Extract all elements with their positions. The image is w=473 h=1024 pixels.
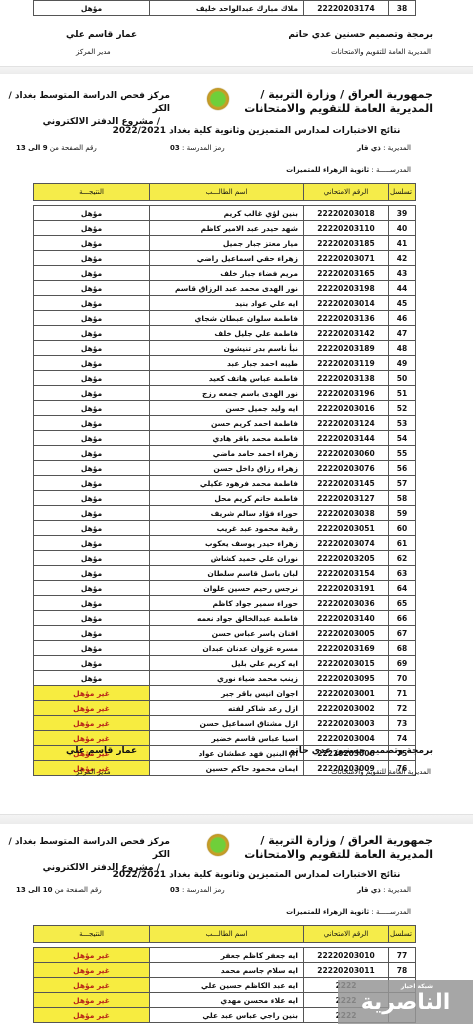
table-row: 4122220203185ميار معتز جبار جميلمؤهل (34, 236, 416, 251)
result-cell: غير مؤهل (34, 731, 150, 746)
table-row: 6322220203154لبان باسل قاسم سلطانمؤهل (34, 566, 416, 581)
serial-cell: 49 (389, 356, 416, 371)
exam-number-cell: 22220203095 (304, 671, 389, 686)
table-row: 5422220203144فاطمة محمد باقر هاديمؤهل (34, 431, 416, 446)
school-info: المدرســـــة : ثانوية الزهراء للمتميزات (286, 908, 411, 916)
student-name-cell: نور الهدى باسم جمعه رزج (150, 386, 304, 401)
exam-number-cell: 22220203189 (304, 341, 389, 356)
exam-number-cell: 22220203014 (304, 296, 389, 311)
exam-number-cell: 22220203003 (304, 716, 389, 731)
serial-cell: 78 (389, 963, 416, 978)
student-name-cell: ايه عبد الكاظم حسين علي (150, 978, 304, 993)
serial-cell: 62 (389, 551, 416, 566)
serial-cell: 66 (389, 611, 416, 626)
serial-cell: 44 (389, 281, 416, 296)
result-cell: مؤهل (34, 626, 150, 641)
signer-right-title: المديرية العامة للتقويم والامتحانات (331, 48, 431, 56)
student-name-cell: زهراء رزاق داخل حسن (150, 461, 304, 476)
student-name-cell: حوراء فؤاد سالم شريف (150, 506, 304, 521)
serial-cell: 60 (389, 521, 416, 536)
exam-number-cell: 22220203051 (304, 521, 389, 536)
exam-number-cell: 22220203015 (304, 656, 389, 671)
table-header-row: تسلسل الرقم الامتحاني اسم الطالـــب النت… (34, 184, 416, 201)
table-row: 5922220203038حوراء فؤاد سالم شريفمؤهل (34, 506, 416, 521)
school-label: المدرســـــة : (371, 908, 411, 916)
result-cell: مؤهل (34, 326, 150, 341)
serial-cell: 48 (389, 341, 416, 356)
serial-cell: 71 (389, 686, 416, 701)
header-ministry-line1: جمهورية العراق / وزارة التربية / (244, 88, 433, 102)
serial-cell: 50 (389, 371, 416, 386)
exam-number-cell: 22220203074 (304, 536, 389, 551)
column-header-student-name: اسم الطالـــب (150, 926, 304, 943)
exam-number-cell: 22220203154 (304, 566, 389, 581)
table-row: 4022220203110شهد حيدر عبد الامير كاظممؤه… (34, 221, 416, 236)
exam-number-cell: 22220203142 (304, 326, 389, 341)
exam-number-cell: 22220203060 (304, 446, 389, 461)
exam-number-cell: 22220203174 (304, 1, 389, 16)
result-cell: مؤهل (34, 401, 150, 416)
serial-cell: 42 (389, 251, 416, 266)
exam-number-cell: 22220203005 (304, 626, 389, 641)
result-cell: مؤهل (34, 581, 150, 596)
exam-number-cell: 22220203198 (304, 281, 389, 296)
table-row: 4722220203142فاطمة علي جليل خلفمؤهل (34, 326, 416, 341)
school-value: ثانوية الزهراء للمتميزات (286, 908, 369, 916)
table-row: 4522220203014ايه علي عواد بنيدمؤهل (34, 296, 416, 311)
exam-number-cell: 22220203110 (304, 221, 389, 236)
iraq-emblem-icon (207, 88, 229, 110)
result-cell: غير مؤهل (34, 701, 150, 716)
table-row: 6622220203140فاطمة عبدالخالق جواد نعمهمؤ… (34, 611, 416, 626)
result-cell: مؤهل (34, 476, 150, 491)
result-cell: مؤهل (34, 281, 150, 296)
student-name-cell: فاطمة علي جليل خلف (150, 326, 304, 341)
student-name-cell: نبأ ناسم بدر تنيشون (150, 341, 304, 356)
table-row: 7022220203095زينب محمد ضياء نوريمؤهل (34, 671, 416, 686)
serial-cell: 47 (389, 326, 416, 341)
directorate-info: المديرية : ذي قار (357, 144, 411, 152)
table-row: 3922220203018بنين لؤي غالب كريممؤهل (34, 206, 416, 221)
table-row: 4922220203119طيبه احمد جبار عبدمؤهل (34, 356, 416, 371)
student-name-cell: زهراء حيدر يوسف يعكوب (150, 536, 304, 551)
student-name-cell: ايه سلام جاسم محمد (150, 963, 304, 978)
table-row: 4822220203189نبأ ناسم بدر تنيشونمؤهل (34, 341, 416, 356)
table-row: 6822220203169مسره غزوان عدنان عبدانمؤهل (34, 641, 416, 656)
exam-number-cell: 22220203169 (304, 641, 389, 656)
table-row: 5522220203060زهراء احمد حامد ماضيمؤهل (34, 446, 416, 461)
table-row: 5322220203124فاطمة احمد كريم حسنمؤهل (34, 416, 416, 431)
serial-cell: 70 (389, 671, 416, 686)
column-header-result: النتيجـــة (34, 184, 150, 201)
page-1: جمهورية العراق / وزارة التربية / المديري… (0, 74, 473, 800)
table-row: 7822220203011ايه سلام جاسم محمدغير مؤهل (34, 963, 416, 978)
exam-number-cell: 22220203001 (304, 686, 389, 701)
serial-cell: 65 (389, 596, 416, 611)
result-cell: مؤهل (34, 206, 150, 221)
student-name-cell: زهراء احمد حامد ماضي (150, 446, 304, 461)
table-header-row: تسلسل الرقم الامتحاني اسم الطالـــب النت… (34, 926, 416, 943)
student-name-cell: فاطمة حاتم كريم محل (150, 491, 304, 506)
result-cell: مؤهل (34, 341, 150, 356)
result-cell: مؤهل (34, 461, 150, 476)
results-table-page-0: 3822220203174ملاك مبارك عبدالواحد خليفمؤ… (33, 0, 416, 16)
student-name-cell: فاطمة محمد باقر هادي (150, 431, 304, 446)
result-cell: مؤهل (34, 491, 150, 506)
column-header-serial: تسلسل (389, 184, 416, 201)
header-ministry-line1: جمهورية العراق / وزارة التربية / (244, 834, 433, 848)
result-cell: مؤهل (34, 551, 150, 566)
serial-cell: 40 (389, 221, 416, 236)
table-row: 6422220203191نرجس رحيم حسين علوانمؤهل (34, 581, 416, 596)
serial-cell: 63 (389, 566, 416, 581)
result-cell: مؤهل (34, 521, 150, 536)
directorate-info: المديرية : ذي قار (357, 886, 411, 894)
serial-cell: 54 (389, 431, 416, 446)
student-name-cell: بنين لؤي غالب كريم (150, 206, 304, 221)
student-name-cell: ايه جعفر كاظم جعفر (150, 948, 304, 963)
result-cell: مؤهل (34, 1, 150, 16)
iraq-emblem-icon (207, 834, 229, 856)
directorate-value: ذي قار (357, 144, 381, 152)
serial-cell: 41 (389, 236, 416, 251)
exam-number-cell: 22220203196 (304, 386, 389, 401)
serial-cell: 69 (389, 656, 416, 671)
student-name-cell: ازل مشتاق اسماعيل حسن (150, 716, 304, 731)
result-cell: مؤهل (34, 251, 150, 266)
exam-number-cell: 22220203165 (304, 266, 389, 281)
result-cell: مؤهل (34, 311, 150, 326)
school-code-label: رمز المدرسة : (182, 144, 225, 152)
serial-cell: 51 (389, 386, 416, 401)
serial-cell: 72 (389, 701, 416, 716)
serial-cell: 61 (389, 536, 416, 551)
serial-cell: 68 (389, 641, 416, 656)
student-name-cell: زهراء حقي اسماعيل راضي (150, 251, 304, 266)
student-name-cell: ام البنين فهد عطشان عواد (150, 746, 304, 761)
student-name-cell: فاطمة عباس هاتف كعيد (150, 371, 304, 386)
student-name-cell: فاطمة سلوان عبطان شجاي (150, 311, 304, 326)
school-label: المدرســـــة : (371, 166, 411, 174)
table-row: 6522220203036حوراء سمير جواد كاظممؤهل (34, 596, 416, 611)
table-row: 3822220203174ملاك مبارك عبدالواحد خليفمؤ… (34, 1, 416, 16)
page-separator (0, 66, 473, 74)
page-number-info: رقم الصفحة من 9 الى 13 (16, 144, 97, 152)
result-cell: غير مؤهل (34, 963, 150, 978)
column-header-exam-number: الرقم الامتحاني (304, 926, 389, 943)
table-row: 7722220203010ايه جعفر كاظم جعفرغير مؤهل (34, 948, 416, 963)
result-cell: مؤهل (34, 446, 150, 461)
student-name-cell: فاطمة محمد فرهود عكيلي (150, 476, 304, 491)
result-cell: مؤهل (34, 596, 150, 611)
student-name-cell: رقية محمود عبد غريب (150, 521, 304, 536)
ministry-header: جمهورية العراق / وزارة التربية / المديري… (244, 88, 433, 116)
page-separator (0, 814, 473, 824)
student-name-cell: نور الهدى محمد عبد الرزاق قاسم (150, 281, 304, 296)
result-cell: غير مؤهل (34, 993, 150, 1008)
result-cell: غير مؤهل (34, 1008, 150, 1023)
exam-number-cell: 22220203138 (304, 371, 389, 386)
exam-number-cell: 22220203144 (304, 431, 389, 446)
page-number-label: رقم الصفحة من (55, 886, 102, 894)
table-row: 7322220203003ازل مشتاق اسماعيل حسنغير مؤ… (34, 716, 416, 731)
column-header-exam-number: الرقم الامتحاني (304, 184, 389, 201)
result-cell: مؤهل (34, 431, 150, 446)
table-row: 4322220203165مريم فضاء جبار خلفمؤهل (34, 266, 416, 281)
student-name-cell: نرجس رحيم حسين علوان (150, 581, 304, 596)
table-row: 7222220203002ازل رعد شاكر لفتهغير مؤهل (34, 701, 416, 716)
report-title: نتائج الاختبارات لمدارس المتميزين وثانوي… (0, 126, 473, 136)
result-cell: مؤهل (34, 641, 150, 656)
exam-number-cell: 22220203018 (304, 206, 389, 221)
serial-cell: 59 (389, 506, 416, 521)
signer-right-name: برمجة وتصميم حسنين عدي حاتم (288, 30, 433, 40)
page-number-value: 9 الى 13 (16, 144, 48, 152)
exam-number-cell: 22220203071 (304, 251, 389, 266)
serial-cell: 43 (389, 266, 416, 281)
exam-number-cell: 22220203124 (304, 416, 389, 431)
signer-left-title: مدير المركز (76, 48, 111, 56)
ministry-header: جمهورية العراق / وزارة التربية / المديري… (244, 834, 433, 862)
serial-cell: 38 (389, 1, 416, 16)
header-ministry-line2: المديرية العامة للتقويم والامتحانات (244, 848, 433, 862)
student-name-cell: حوراء سمير جواد كاظم (150, 596, 304, 611)
school-code-info: رمز المدرسة : 03 (170, 886, 225, 894)
exam-number-cell: 22220203004 (304, 731, 389, 746)
table-row: 5022220203138فاطمة عباس هاتف كعيدمؤهل (34, 371, 416, 386)
student-name-cell: ايمان محمود حاكم حسين (150, 761, 304, 776)
serial-cell: 74 (389, 731, 416, 746)
school-code-value: 03 (170, 886, 180, 894)
student-name-cell: ملاك مبارك عبدالواحد خليف (150, 1, 304, 16)
report-title: نتائج الاختبارات لمدارس المتميزين وثانوي… (0, 870, 473, 880)
exam-number-cell: 22220203127 (304, 491, 389, 506)
result-cell: مؤهل (34, 296, 150, 311)
result-cell: غير مؤهل (34, 686, 150, 701)
student-name-cell: فاطمة احمد كريم حسن (150, 416, 304, 431)
serial-cell: 57 (389, 476, 416, 491)
column-header-serial: تسلسل (389, 926, 416, 943)
table-row: 6922220203015ايه كريم علي بليلمؤهل (34, 656, 416, 671)
student-name-cell: مريم فضاء جبار خلف (150, 266, 304, 281)
student-name-cell: نوران علي حميد كشاش (150, 551, 304, 566)
column-header-student-name: اسم الطالـــب (150, 184, 304, 201)
header-center-line1: مركز فحص الدراسة المتوسط بغداد / الكر (0, 836, 170, 862)
student-name-cell: فاطمة عبدالخالق جواد نعمه (150, 611, 304, 626)
center-header: مركز فحص الدراسة المتوسط بغداد / الكر / … (0, 90, 170, 129)
school-code-value: 03 (170, 144, 180, 152)
table-row: 5622220203076زهراء رزاق داخل حسنمؤهل (34, 461, 416, 476)
result-cell: مؤهل (34, 506, 150, 521)
result-cell: مؤهل (34, 266, 150, 281)
exam-number-cell: 22220203140 (304, 611, 389, 626)
result-cell: مؤهل (34, 611, 150, 626)
exam-number-cell: 22220203119 (304, 356, 389, 371)
directorate-label: المديرية : (383, 886, 411, 894)
student-name-cell: لبان باسل قاسم سلطان (150, 566, 304, 581)
directorate-label: المديرية : (383, 144, 411, 152)
serial-cell: 45 (389, 296, 416, 311)
student-name-cell: ايه علي عواد بنيد (150, 296, 304, 311)
watermark-subtext: شبكة اخبار (401, 983, 433, 990)
student-name-cell: ايه علاء محسن مهدي (150, 993, 304, 1008)
header-ministry-line2: المديرية العامة للتقويم والامتحانات (244, 102, 433, 116)
result-cell: مؤهل (34, 221, 150, 236)
serial-cell: 58 (389, 491, 416, 506)
school-value: ثانوية الزهراء للمتميزات (286, 166, 369, 174)
student-name-cell: ميار معتز جبار جميل (150, 236, 304, 251)
exam-number-cell: 22220203076 (304, 461, 389, 476)
results-table-page-1: تسلسل الرقم الامتحاني اسم الطالـــب النت… (33, 183, 416, 776)
table-row: 4422220203198نور الهدى محمد عبد الرزاق ق… (34, 281, 416, 296)
student-name-cell: ايه وليد جميل حسن (150, 401, 304, 416)
serial-cell: 55 (389, 446, 416, 461)
signer-left-title: مدير المركز (76, 768, 111, 776)
result-cell: مؤهل (34, 386, 150, 401)
exam-number-cell: 22220203136 (304, 311, 389, 326)
exam-number-cell: 22220203191 (304, 581, 389, 596)
result-cell: مؤهل (34, 656, 150, 671)
directorate-value: ذي قار (357, 886, 381, 894)
serial-cell: 46 (389, 311, 416, 326)
result-cell: غير مؤهل (34, 948, 150, 963)
table-row: 6022220203051رقية محمود عبد غريبمؤهل (34, 521, 416, 536)
student-name-cell: ازل رعد شاكر لفته (150, 701, 304, 716)
table-row: 5822220203127فاطمة حاتم كريم محلمؤهل (34, 491, 416, 506)
exam-number-cell: 22220203011 (304, 963, 389, 978)
table-row: 4222220203071زهراء حقي اسماعيل راضيمؤهل (34, 251, 416, 266)
table-row: 6222220203205نوران علي حميد كشاشمؤهل (34, 551, 416, 566)
result-cell: مؤهل (34, 416, 150, 431)
serial-cell: 39 (389, 206, 416, 221)
student-name-cell: طيبه احمد جبار عبد (150, 356, 304, 371)
result-cell: غير مؤهل (34, 716, 150, 731)
result-cell: مؤهل (34, 536, 150, 551)
column-header-result: النتيجـــة (34, 926, 150, 943)
signer-left-name: عمار قاسم علي (66, 30, 137, 40)
result-cell: مؤهل (34, 356, 150, 371)
exam-number-cell: 22220203145 (304, 476, 389, 491)
table-row: 7122220203001اجوان انيس باقر جبرغير مؤهل (34, 686, 416, 701)
signer-right-name: برمجة وتصميم حسنين عدي حاتم (288, 746, 433, 756)
serial-cell: 67 (389, 626, 416, 641)
result-cell: غير مؤهل (34, 978, 150, 993)
student-name-cell: بنين راجي عباس عبد علي (150, 1008, 304, 1023)
exam-number-cell: 22220203010 (304, 948, 389, 963)
serial-cell: 64 (389, 581, 416, 596)
student-name-cell: مسره غزوان عدنان عبدان (150, 641, 304, 656)
page-number-label: رقم الصفحة من (50, 144, 97, 152)
serial-cell: 73 (389, 716, 416, 731)
header-center-line1: مركز فحص الدراسة المتوسط بغداد / الكر (0, 90, 170, 116)
signer-right-title: المديرية العامة للتقويم والامتحانات (331, 768, 431, 776)
student-name-cell: افنان ياسر عباس حسن (150, 626, 304, 641)
exam-number-cell: 22220203036 (304, 596, 389, 611)
school-code-label: رمز المدرسة : (182, 886, 225, 894)
result-cell: مؤهل (34, 566, 150, 581)
student-name-cell: ايه كريم علي بليل (150, 656, 304, 671)
table-row: 5722220203145فاطمة محمد فرهود عكيليمؤهل (34, 476, 416, 491)
exam-number-cell: 22220203016 (304, 401, 389, 416)
table-row: 6722220203005افنان ياسر عباس حسنمؤهل (34, 626, 416, 641)
table-row: 5122220203196نور الهدى باسم جمعه رزجمؤهل (34, 386, 416, 401)
table-row: 6122220203074زهراء حيدر يوسف يعكوبمؤهل (34, 536, 416, 551)
student-name-cell: زينب محمد ضياء نوري (150, 671, 304, 686)
page-number-value: 10 الى 13 (16, 886, 52, 894)
student-name-cell: شهد حيدر عبد الامير كاظم (150, 221, 304, 236)
watermark-logo: شبكة اخبار الناصرية (338, 980, 473, 1024)
serial-cell: 52 (389, 401, 416, 416)
exam-number-cell: 22220203205 (304, 551, 389, 566)
result-cell: مؤهل (34, 371, 150, 386)
exam-number-cell: 22220203038 (304, 506, 389, 521)
signer-left-name: عمار قاسم علي (66, 746, 137, 756)
exam-number-cell: 22220203002 (304, 701, 389, 716)
table-row: 4622220203136فاطمة سلوان عبطان شجايمؤهل (34, 311, 416, 326)
table-row: 7422220203004اسيا عباس قاسم خضيرغير مؤهل (34, 731, 416, 746)
result-cell: مؤهل (34, 671, 150, 686)
result-cell: مؤهل (34, 236, 150, 251)
student-name-cell: اجوان انيس باقر جبر (150, 686, 304, 701)
exam-number-cell: 22220203185 (304, 236, 389, 251)
page-number-info: رقم الصفحة من 10 الى 13 (16, 886, 102, 894)
school-info: المدرســـــة : ثانوية الزهراء للمتميزات (286, 166, 411, 174)
serial-cell: 77 (389, 948, 416, 963)
page-0-tail: 3822220203174ملاك مبارك عبدالواحد خليفمؤ… (0, 0, 473, 66)
table-row: 5222220203016ايه وليد جميل حسنمؤهل (34, 401, 416, 416)
serial-cell: 53 (389, 416, 416, 431)
student-name-cell: اسيا عباس قاسم خضير (150, 731, 304, 746)
serial-cell: 56 (389, 461, 416, 476)
school-code-info: رمز المدرسة : 03 (170, 144, 225, 152)
watermark-text: الناصرية (361, 990, 451, 1015)
